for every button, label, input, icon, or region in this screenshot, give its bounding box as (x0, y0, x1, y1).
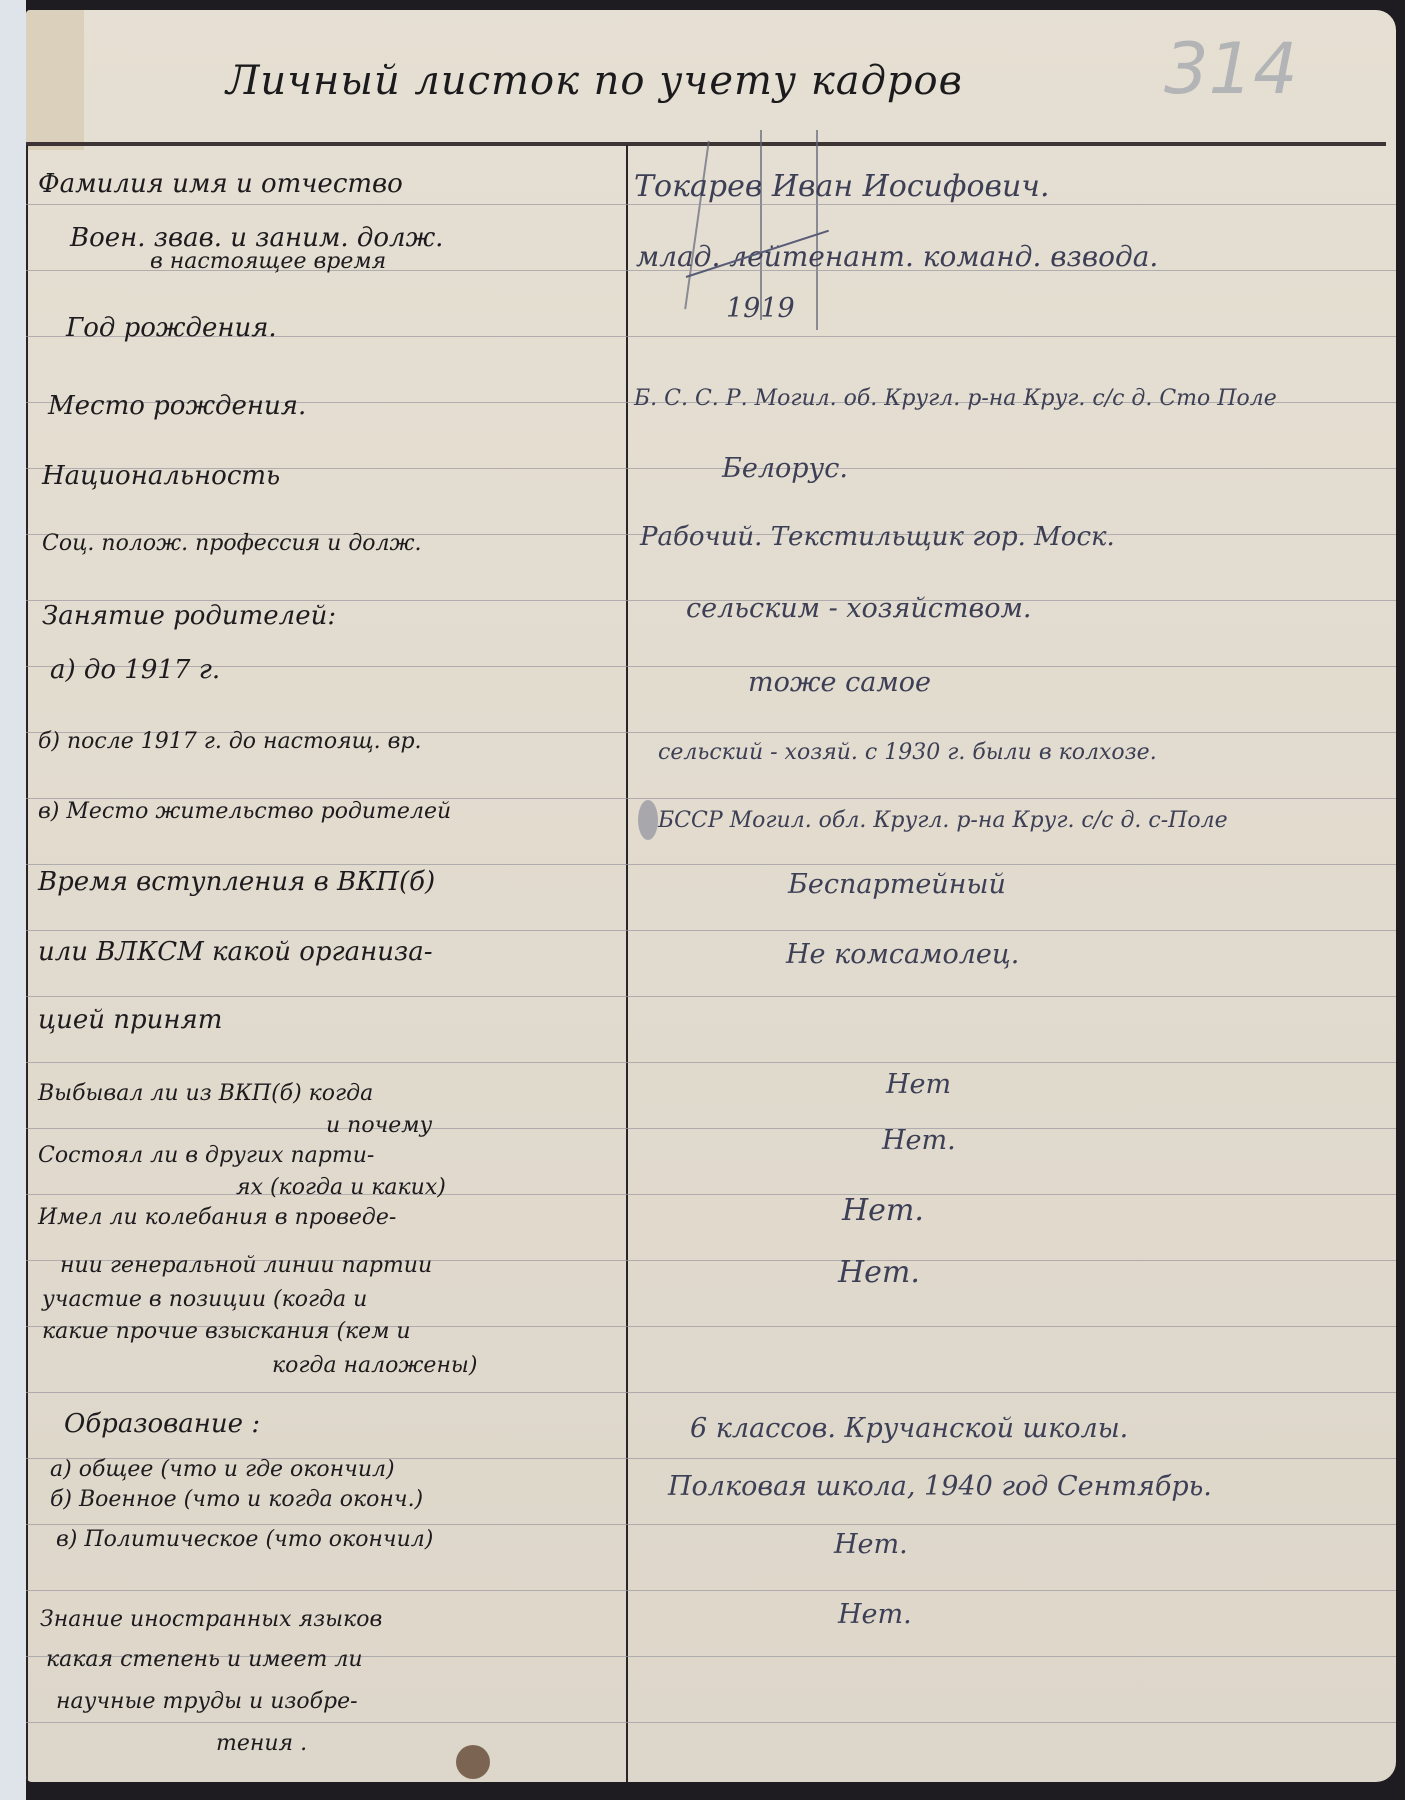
label-rank-line2: в настоящее время (150, 250, 386, 274)
label-vkpb-joined: Время вступления в ВКП(б) (38, 868, 435, 896)
adhesive-tape (26, 10, 84, 150)
ruled-line (26, 1722, 1396, 1723)
background-margin (0, 0, 26, 1800)
label-penalties-line3: когда наложены) (272, 1354, 477, 1378)
label-education-military: б) Военное (что и когда оконч.) (50, 1488, 423, 1512)
ruled-line (26, 204, 1396, 205)
value-before-1917: тоже самое (748, 668, 931, 698)
value-after-1917: сельский - хозяй. с 1930 г. были в колхо… (658, 738, 1157, 768)
ink-blot (638, 800, 658, 840)
ruled-line (26, 996, 1396, 997)
table-left-border (26, 145, 28, 1782)
value-birth-place: Б. С. С. Р. Могил. об. Кругл. р-на Круг.… (634, 384, 1277, 414)
ruled-line (26, 1524, 1396, 1525)
pencil-mark (760, 130, 762, 320)
header-divider (26, 142, 1386, 146)
value-nationality: Белорус. (722, 454, 848, 484)
pencil-mark (684, 141, 710, 310)
ruled-line (26, 1062, 1396, 1063)
label-birth-place: Место рождения. (48, 392, 306, 420)
label-full-name: Фамилия имя и отчество (38, 170, 403, 198)
value-other-parties: Нет. (882, 1126, 956, 1156)
label-penalties-line1: участие в позиции (когда и (42, 1288, 367, 1312)
label-social-status: Соц. полож. профессия и долж. (42, 532, 422, 556)
value-birth-year: 1919 (726, 294, 795, 324)
label-languages-line1: Знание иностранных языков (40, 1608, 382, 1632)
value-vlksm-status: Не комсамолец. (786, 940, 1019, 970)
label-parents-residence: в) Место жительство родителей (38, 800, 451, 824)
label-languages-line3: научные труды и изобре- (56, 1690, 358, 1714)
label-penalties-line2: какие прочие взыскания (кем и (42, 1320, 411, 1344)
value-parents-occupation: сельским - хозяйством. (686, 594, 1031, 624)
ruled-line (26, 864, 1396, 865)
value-penalties: Нет. (838, 1258, 920, 1288)
value-full-name: Токарев Иван Иосифович. (634, 172, 1050, 202)
ink-stain (456, 1745, 490, 1779)
label-nationality: Национальность (42, 462, 280, 490)
value-expelled: Нет (886, 1070, 951, 1100)
value-education-political: Нет. (834, 1530, 908, 1560)
label-expelled-line2: и почему (326, 1114, 432, 1138)
label-vlksm-line2: цией принят (38, 1006, 222, 1034)
value-vkpb-status: Беспартейный (788, 870, 1006, 900)
document-title: Личный листок по учету кадров (226, 58, 963, 104)
ruled-line (26, 1392, 1396, 1393)
label-expelled-line1: Выбывал ли из ВКП(б) когда (38, 1082, 373, 1106)
ruled-line (26, 1194, 1396, 1195)
label-education-political: в) Политическое (что окончил) (56, 1528, 433, 1552)
label-other-parties-line2: ях (когда и каких) (236, 1176, 446, 1200)
label-parents-occupation: Занятие родителей: (42, 602, 336, 630)
value-hesitation: Нет. (842, 1196, 924, 1226)
value-parents-residence: БССР Могил. обл. Кругл. р-на Круг. с/с д… (658, 806, 1228, 836)
label-before-1917: а) до 1917 г. (50, 656, 220, 684)
label-hesitation-line2: нии генеральной линии партии (60, 1254, 432, 1278)
value-education-general: 6 классов. Кручанской школы. (690, 1414, 1128, 1444)
label-languages-line2: какая степень и имеет ли (46, 1648, 363, 1672)
label-hesitation-line1: Имел ли колебания в проведе- (38, 1206, 396, 1230)
label-languages-line4: тения . (216, 1732, 307, 1756)
ruled-line (26, 1128, 1396, 1129)
personnel-record-sheet: Личный листок по учету кадров 314 Фамили… (26, 10, 1396, 1782)
label-rank-line1: Воен. звав. и заним. долж. (70, 224, 443, 252)
label-other-parties-line1: Состоял ли в других парти- (38, 1144, 374, 1168)
label-after-1917: б) после 1917 г. до настоящ. вр. (38, 730, 422, 754)
ruled-line (26, 666, 1396, 667)
ruled-line (26, 930, 1396, 931)
label-education-general: а) общее (что и где окончил) (50, 1458, 395, 1482)
label-birth-year: Год рождения. (66, 314, 277, 342)
pencil-mark (816, 130, 818, 330)
label-vlksm-line1: или ВЛКСМ какой организа- (38, 938, 433, 966)
value-languages: Нет. (838, 1600, 912, 1630)
ruled-line (26, 1590, 1396, 1591)
value-social-status: Рабочий. Текстильщик гор. Моск. (640, 522, 1115, 552)
value-education-military: Полковая школа, 1940 год Сентябрь. (668, 1472, 1212, 1502)
column-divider (626, 145, 628, 1782)
label-education: Образование : (64, 1410, 260, 1438)
archive-number: 314 (1164, 28, 1298, 110)
